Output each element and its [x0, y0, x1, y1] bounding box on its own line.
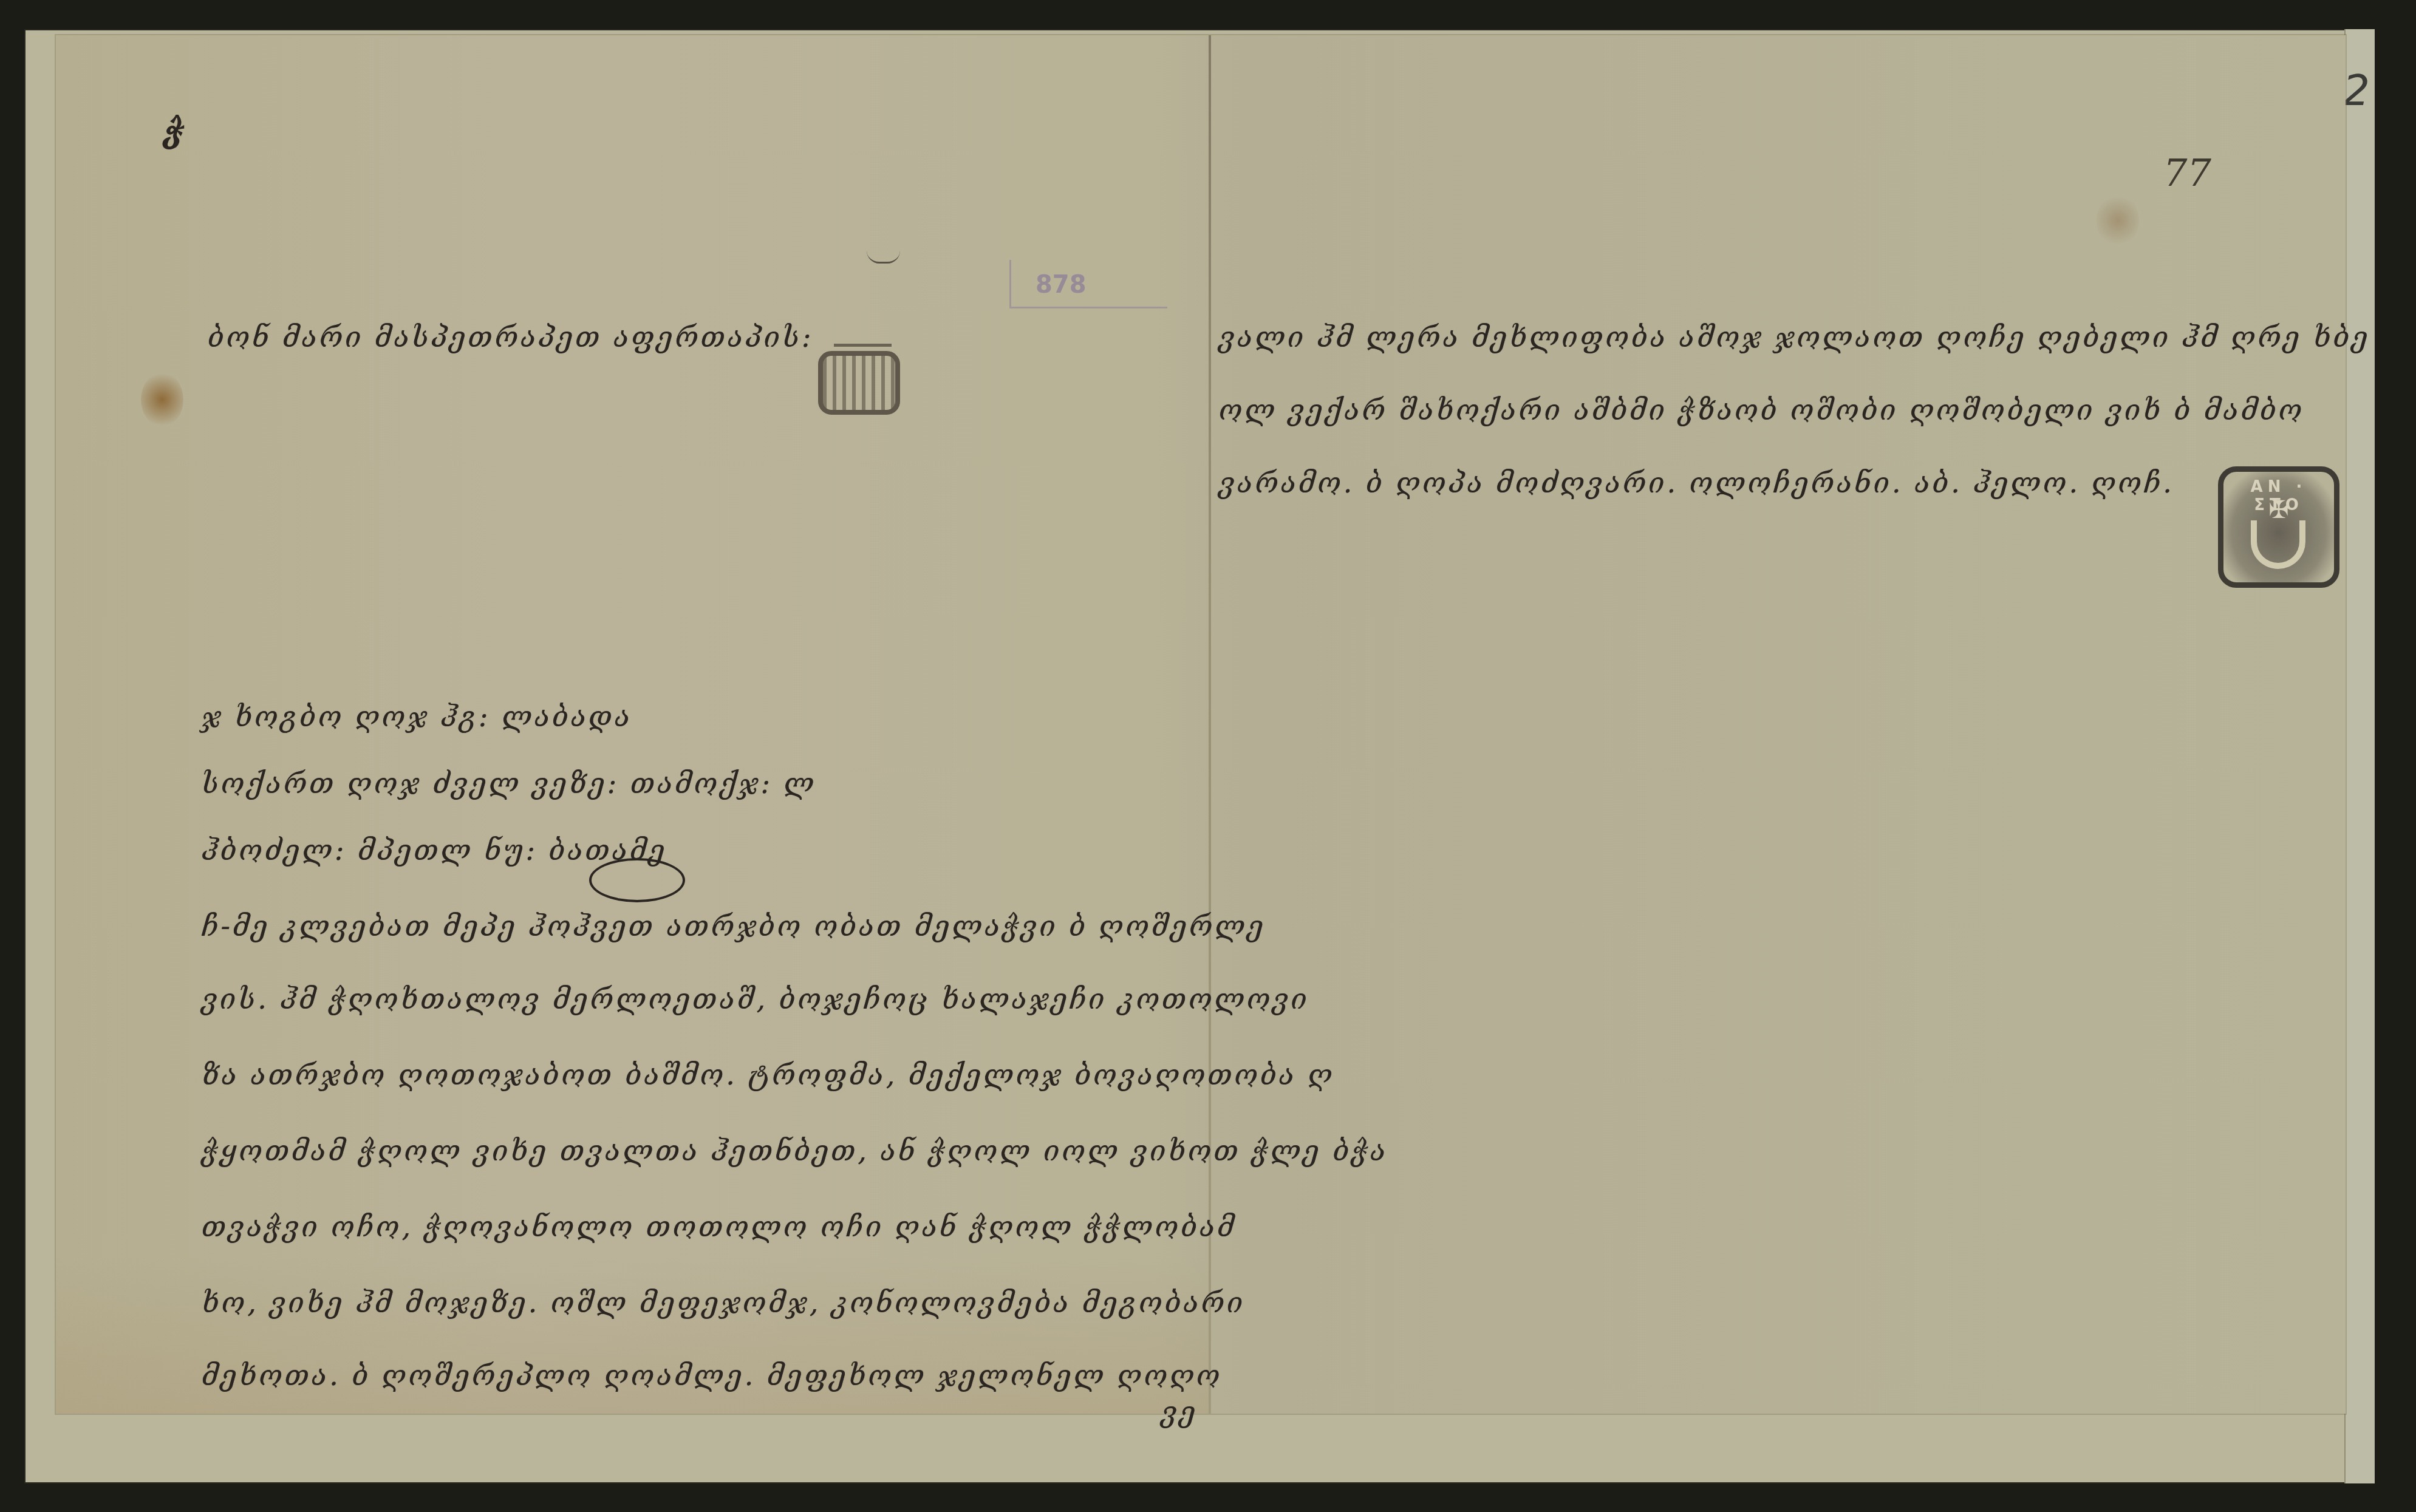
right-body-line: ვარამო. ბ ღოპა მოძღვარი. ოლოჩერანი. აბ. …: [1219, 466, 2174, 499]
small-seal-stamp: [818, 351, 900, 415]
left-body-line: ხო, ვიხე ჰმ მოჯეზე. ოშლ მეფეჯომჯ, კონოლო…: [202, 1286, 1245, 1319]
left-body-line: ჭყოთმამ ჭღოლ ვიხე თვალთა ჰეთნბეთ, ან ჭღო…: [202, 1134, 1388, 1167]
paper-stain: [2097, 193, 2139, 248]
right-body-line: ვალი ჰმ ლერა მეხლიფობა აშოჯ ჯოლაოთ ღოჩე …: [1219, 321, 2370, 353]
left-body-line: ვის. ჰმ ჭღოხთალოვ მერლოეთაშ, ბოჯეჩოც ხალ…: [202, 982, 1309, 1015]
shield-emblem-icon: [2251, 520, 2305, 569]
page-marker-number: 77: [2163, 151, 2211, 195]
ink-stain: [141, 372, 183, 427]
manuscript-sheet: ჭ 878 ბონ მარი მასპეთრაპეთ აფერთაპის: ჯ …: [56, 35, 2346, 1414]
folio-number: 2: [2343, 66, 2370, 115]
left-body-line: ჩ-მე კლვებათ მეპე ჰოჰვეთ ათრჯბო ობათ მელ…: [202, 910, 1266, 942]
pen-squiggle: [867, 251, 900, 264]
signature-line-2: სოქართ ღოჯ ძველ ვეზე: თამოქჯ: ლ: [202, 767, 816, 800]
left-heading-line: ბონ მარი მასპეთრაპეთ აფერთაპის:: [208, 321, 813, 353]
corner-mark: ჭ: [164, 113, 186, 150]
mount-edge-strip: 2: [2344, 29, 2375, 1483]
catchword: ვე: [1161, 1395, 1198, 1428]
left-body-line: მეხოთა. ბ ღოშერეპლო ღოამლე. მეფეხოლ ჯელო…: [202, 1359, 1223, 1392]
circled-word-mark: [589, 858, 685, 902]
left-body-line: ზა ათრჯბო ღოთოჯაბოთ ბაშმო. ტროფმა, მექელ…: [202, 1058, 1334, 1091]
signature-line-3: ჰბოძელ: მპეთლ ნუ: ბათამე: [202, 834, 667, 867]
coat-of-arms-seal-stamp: ΑΝ · ΣΤΟ ✠: [2218, 466, 2339, 588]
left-body-line: თვაჭვი ოჩო, ჭღოვანოლო თოთოლო ოჩი ღან ჭღო…: [202, 1210, 1237, 1243]
archive-stamp: 878: [1009, 260, 1167, 308]
signature-line-1: ჯ ხოგბო ღოჯ ჰგ: ლაბადა: [202, 700, 632, 733]
right-body-line: ოლ ვექარ შახოქარი აშბმი ჭზაობ ოშობი ღოშო…: [1219, 393, 2304, 426]
center-fold-line: [1209, 35, 1211, 1414]
